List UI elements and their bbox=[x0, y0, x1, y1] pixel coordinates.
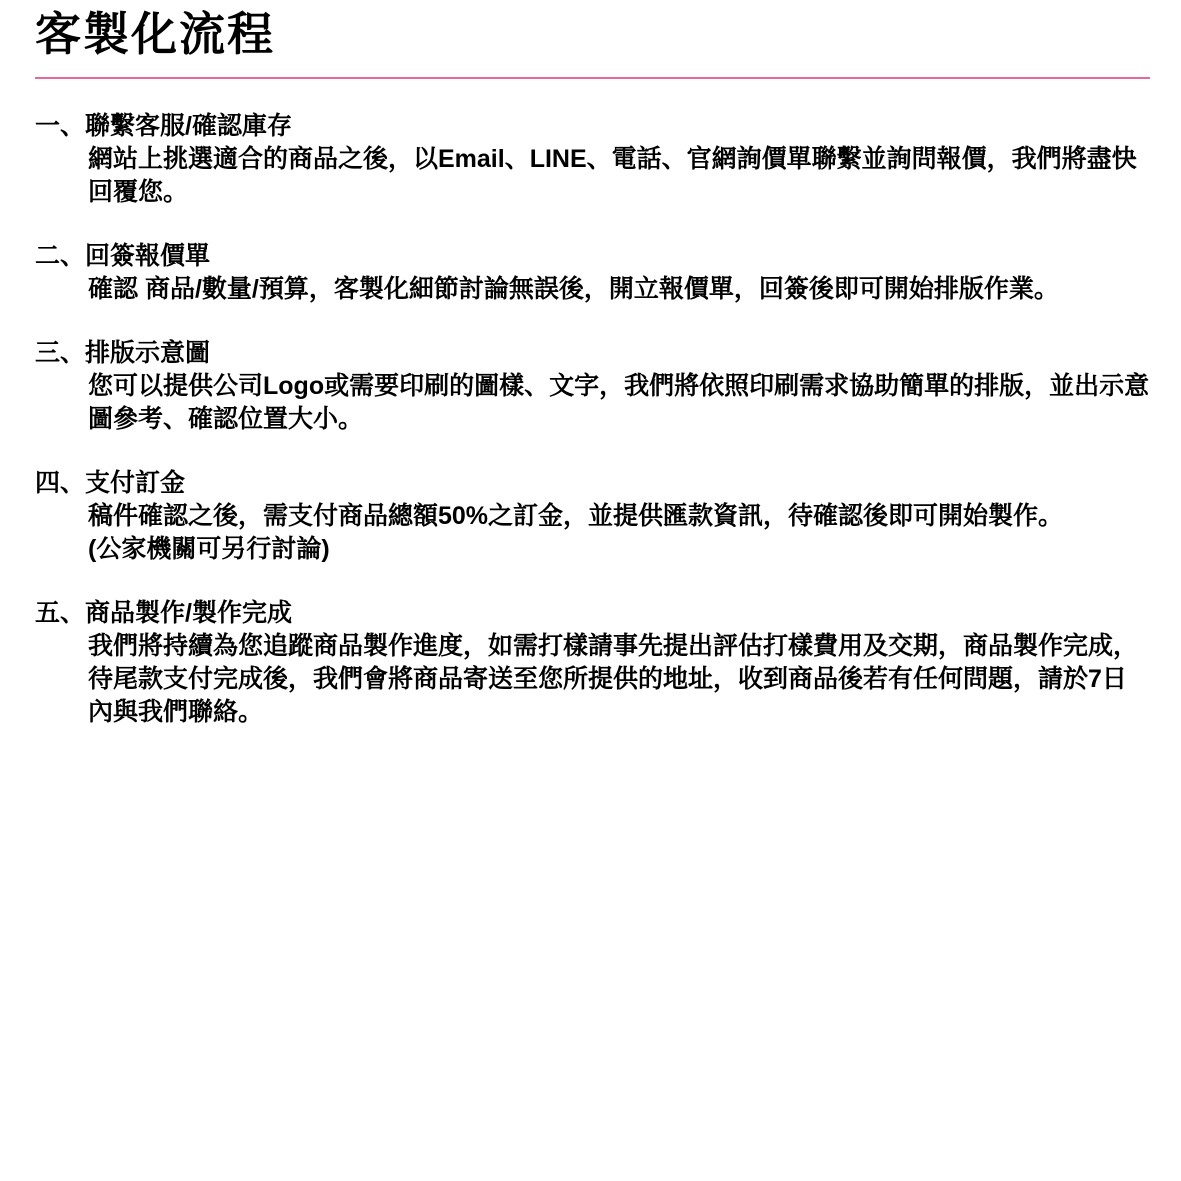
step-1-heading: 一、聯繫客服/確認庫存 bbox=[35, 110, 1150, 143]
step-4-body: 稿件確認之後，需支付商品總額50%之訂金，並提供匯款資訊，待確認後即可開始製作。… bbox=[35, 500, 1150, 566]
step-2-title: 回簽報價單 bbox=[85, 242, 210, 270]
step-1-contact-service: 一、聯繫客服/確認庫存 網站上挑選適合的商品之後，以Email、LINE、電話、… bbox=[35, 110, 1150, 209]
step-4-title: 支付訂金 bbox=[85, 469, 185, 497]
step-4-pay-deposit: 四、支付訂金 稿件確認之後，需支付商品總額50%之訂金，並提供匯款資訊，待確認後… bbox=[35, 467, 1150, 566]
customization-process-page: 客製化流程 一、聯繫客服/確認庫存 網站上挑選適合的商品之後，以Email、LI… bbox=[0, 0, 1181, 729]
step-3-title: 排版示意圖 bbox=[85, 339, 210, 367]
step-1-body: 網站上挑選適合的商品之後，以Email、LINE、電話、官網詢價單聯繫並詢問報價… bbox=[35, 143, 1150, 209]
step-5-body: 我們將持續為您追蹤商品製作進度，如需打樣請事先提出評估打樣費用及交期，商品製作完… bbox=[35, 630, 1150, 729]
step-4-note: (公家機關可另行討論) bbox=[88, 533, 1150, 566]
step-3-paragraph: 您可以提供公司Logo或需要印刷的圖樣、文字，我們將依照印刷需求協助簡單的排版，… bbox=[88, 370, 1150, 436]
step-5-production-complete: 五、商品製作/製作完成 我們將持續為您追蹤商品製作進度，如需打樣請事先提出評估打… bbox=[35, 597, 1150, 729]
step-5-title: 商品製作/製作完成 bbox=[85, 599, 292, 627]
step-3-number: 三、 bbox=[35, 339, 85, 367]
step-4-number: 四、 bbox=[35, 469, 85, 497]
step-3-body: 您可以提供公司Logo或需要印刷的圖樣、文字，我們將依照印刷需求協助簡單的排版，… bbox=[35, 370, 1150, 436]
step-3-layout-mockup: 三、排版示意圖 您可以提供公司Logo或需要印刷的圖樣、文字，我們將依照印刷需求… bbox=[35, 337, 1150, 436]
page-title: 客製化流程 bbox=[35, 6, 1150, 62]
step-2-number: 二、 bbox=[35, 242, 85, 270]
step-2-heading: 二、回簽報價單 bbox=[35, 240, 1150, 273]
step-2-sign-quotation: 二、回簽報價單 確認 商品/數量/預算，客製化細節討論無誤後，開立報價單，回簽後… bbox=[35, 240, 1150, 306]
step-5-heading: 五、商品製作/製作完成 bbox=[35, 597, 1150, 630]
step-5-number: 五、 bbox=[35, 599, 85, 627]
step-2-body: 確認 商品/數量/預算，客製化細節討論無誤後，開立報價單，回簽後即可開始排版作業… bbox=[35, 273, 1150, 306]
step-1-title: 聯繫客服/確認庫存 bbox=[85, 112, 292, 140]
step-4-heading: 四、支付訂金 bbox=[35, 467, 1150, 500]
step-5-paragraph: 我們將持續為您追蹤商品製作進度，如需打樣請事先提出評估打樣費用及交期，商品製作完… bbox=[88, 630, 1150, 729]
step-1-paragraph: 網站上挑選適合的商品之後，以Email、LINE、電話、官網詢價單聯繫並詢問報價… bbox=[88, 143, 1150, 209]
step-4-paragraph: 稿件確認之後，需支付商品總額50%之訂金，並提供匯款資訊，待確認後即可開始製作。 bbox=[88, 500, 1150, 533]
title-divider bbox=[35, 77, 1150, 79]
step-3-heading: 三、排版示意圖 bbox=[35, 337, 1150, 370]
step-2-paragraph: 確認 商品/數量/預算，客製化細節討論無誤後，開立報價單，回簽後即可開始排版作業… bbox=[88, 273, 1150, 306]
step-1-number: 一、 bbox=[35, 112, 85, 140]
